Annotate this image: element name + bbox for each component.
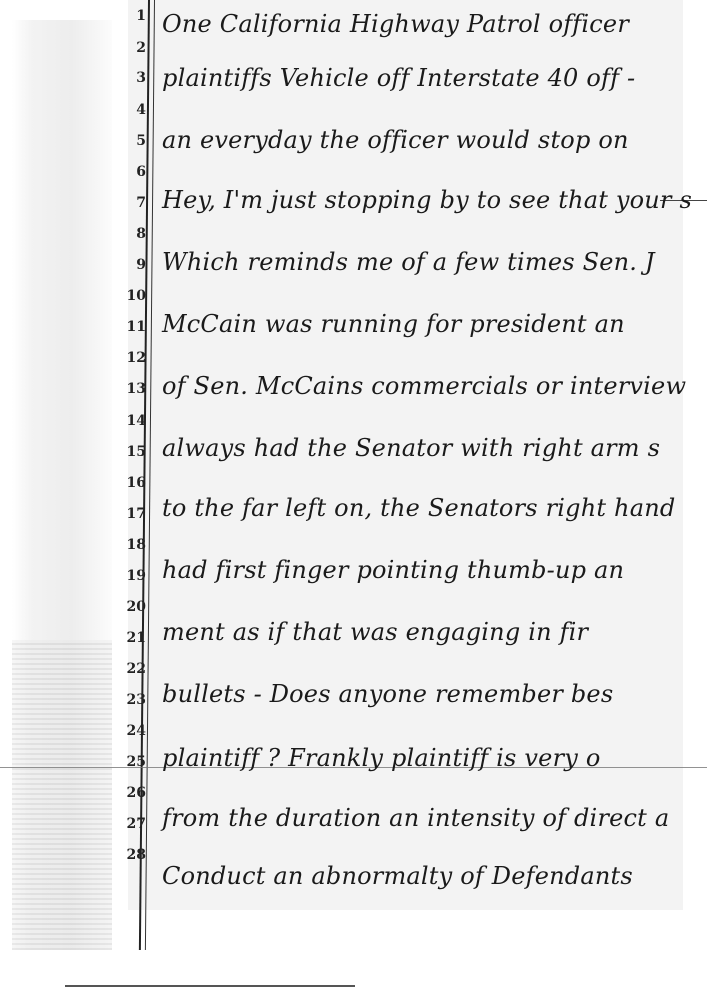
line-number: 16 <box>106 475 146 491</box>
line-number: 4 <box>106 102 146 118</box>
line-number: 28 <box>106 847 146 863</box>
scan-margin-texture <box>12 640 112 950</box>
line-number: 12 <box>106 350 146 366</box>
line-number: 10 <box>106 288 146 304</box>
handwritten-line: from the duration an intensity of direct… <box>162 804 669 832</box>
footer-rule <box>65 985 355 987</box>
line-number: 18 <box>106 537 146 553</box>
handwritten-line: Hey, I'm just stopping by to see that yo… <box>162 186 692 214</box>
handwritten-line: ment as if that was engaging in fir <box>162 618 588 646</box>
handwritten-line: an everyday the officer would stop on <box>162 126 629 154</box>
line-numbers: 1 2 3 4 5 6 7 8 9 10 11 12 13 14 15 16 1… <box>100 0 146 900</box>
line-number: 2 <box>106 40 146 56</box>
line-number: 9 <box>106 257 146 273</box>
handwritten-line: bullets - Does anyone remember bes <box>162 680 613 708</box>
line-number: 1 <box>106 8 146 24</box>
line-number: 6 <box>106 164 146 180</box>
handwritten-line: had first finger pointing thumb-up an <box>162 556 624 584</box>
handwritten-line: Conduct an abnormalty of Defendants <box>162 862 633 890</box>
handwritten-line: plaintiffs Vehicle off Interstate 40 off… <box>162 64 635 92</box>
line-number: 20 <box>106 599 146 615</box>
handwritten-line: to the far left on, the Senators right h… <box>162 494 675 522</box>
line-number: 11 <box>106 319 146 335</box>
line-number: 27 <box>106 816 146 832</box>
line-number: 23 <box>106 692 146 708</box>
handwritten-line: of Sen. McCains commercials or interview <box>162 372 686 400</box>
handwritten-line: One California Highway Patrol officer <box>162 10 629 38</box>
line-number: 19 <box>106 568 146 584</box>
line-number: 7 <box>106 195 146 211</box>
line-number: 24 <box>106 723 146 739</box>
handwritten-line: Which reminds me of a few times Sen. J <box>162 248 655 276</box>
line-number: 14 <box>106 413 146 429</box>
line-number: 25 <box>106 754 146 770</box>
handwritten-line: always had the Senator with right arm s <box>162 434 660 462</box>
line-number: 15 <box>106 444 146 460</box>
handwritten-line: plaintiff ? Frankly plaintiff is very o <box>162 744 600 772</box>
scanned-page: 1 2 3 4 5 6 7 8 9 10 11 12 13 14 15 16 1… <box>0 0 707 988</box>
line-number: 5 <box>106 133 146 149</box>
line-number: 22 <box>106 661 146 677</box>
line-number: 8 <box>106 226 146 242</box>
handwritten-line: McCain was running for president an <box>162 310 625 338</box>
line-number: 26 <box>106 785 146 801</box>
line-number: 13 <box>106 381 146 397</box>
line-number: 17 <box>106 506 146 522</box>
line-number: 21 <box>106 630 146 646</box>
line-number: 3 <box>106 70 146 86</box>
